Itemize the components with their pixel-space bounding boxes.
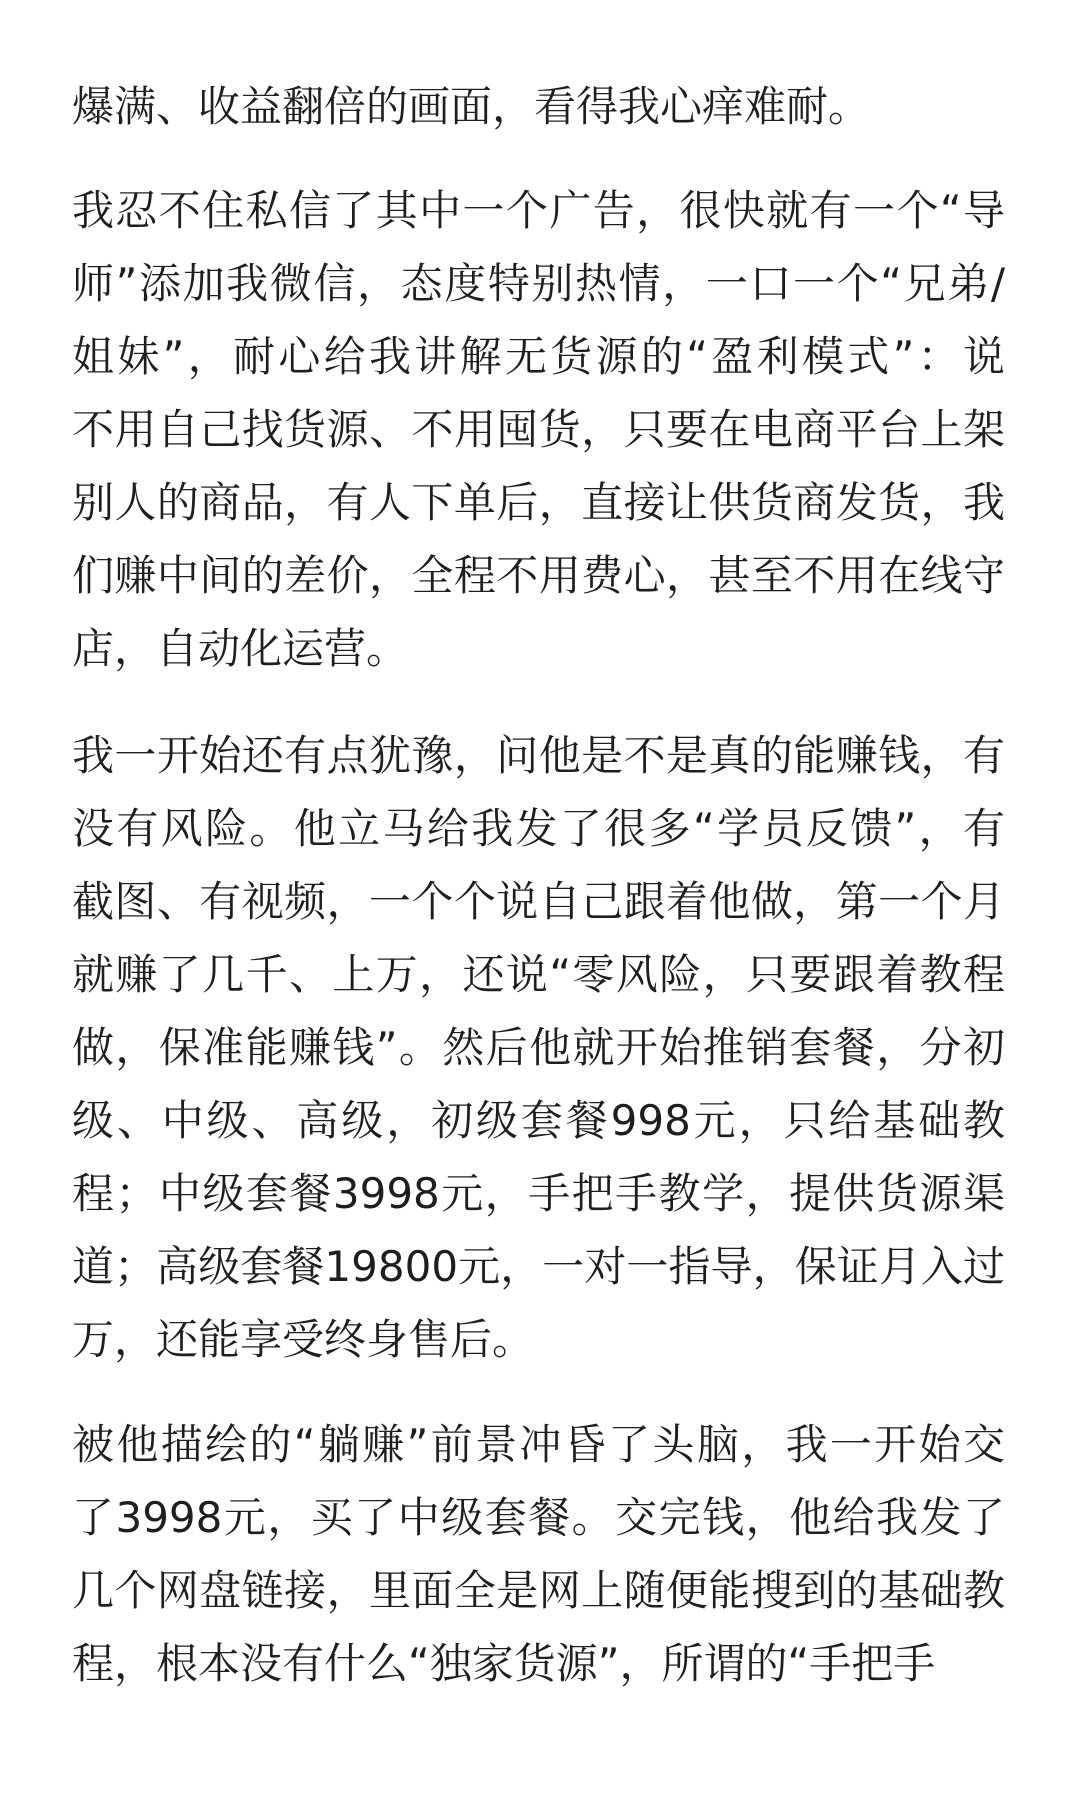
text-line: 就赚了几千、上万，还说“零风险，只要跟着教程 xyxy=(72,938,1005,1011)
article-body: 爆满、收益翻倍的画面，看得我心痒难耐。 我忍不住私信了其中一个广告，很快就有一个… xyxy=(0,0,1080,1800)
text-line: 被他描绘的“躺赚”前景冲昏了头脑，我一开始交 xyxy=(72,1408,1005,1481)
text-line: 没有风险。他立马给我发了很多“学员反馈”，有 xyxy=(72,792,1005,865)
text-line: 师”添加我微信，态度特别热情，一口一个“兄弟/ xyxy=(72,247,1005,320)
text-line: 万，还能享受终身售后。 xyxy=(72,1303,1005,1376)
text-line: 我忍不住私信了其中一个广告，很快就有一个“导 xyxy=(72,174,1005,247)
text-line: 姐妹”，耐心给我讲解无货源的“盈利模式”：说 xyxy=(72,320,1005,393)
text-line: 程，根本没有什么“独家货源”，所谓的“手把手 xyxy=(72,1627,1005,1700)
text-line: 截图、有视频，一个个说自己跟着他做，第一个月 xyxy=(72,865,1005,938)
text-line: 程；中级套餐3998元，手把手教学，提供货源渠 xyxy=(72,1157,1005,1230)
text-line: 不用自己找货源、不用囤货，只要在电商平台上架 xyxy=(72,393,1005,466)
paragraph-3: 我一开始还有点犹豫，问他是不是真的能赚钱，有 没有风险。他立马给我发了很多“学员… xyxy=(72,719,1005,1376)
text-line: 了3998元，买了中级套餐。交完钱，他给我发了 xyxy=(72,1481,1005,1554)
paragraph-1: 爆满、收益翻倍的画面，看得我心痒难耐。 xyxy=(72,70,1005,143)
text-line: 爆满、收益翻倍的画面，看得我心痒难耐。 xyxy=(72,70,1005,143)
text-line: 我一开始还有点犹豫，问他是不是真的能赚钱，有 xyxy=(72,719,1005,792)
text-line: 级、中级、高级，初级套餐998元，只给基础教 xyxy=(72,1084,1005,1157)
text-line: 们赚中间的差价，全程不用费心，甚至不用在线守 xyxy=(72,539,1005,612)
text-line: 道；高级套餐19800元，一对一指导，保证月入过 xyxy=(72,1230,1005,1303)
text-line: 别人的商品，有人下单后，直接让供货商发货，我 xyxy=(72,466,1005,539)
text-line: 做，保准能赚钱”。然后他就开始推销套餐，分初 xyxy=(72,1011,1005,1084)
paragraph-4: 被他描绘的“躺赚”前景冲昏了头脑，我一开始交 了3998元，买了中级套餐。交完钱… xyxy=(72,1408,1005,1700)
paragraph-2: 我忍不住私信了其中一个广告，很快就有一个“导 师”添加我微信，态度特别热情，一口… xyxy=(72,174,1005,685)
text-line: 几个网盘链接，里面全是网上随便能搜到的基础教 xyxy=(72,1554,1005,1627)
text-line: 店，自动化运营。 xyxy=(72,612,1005,685)
